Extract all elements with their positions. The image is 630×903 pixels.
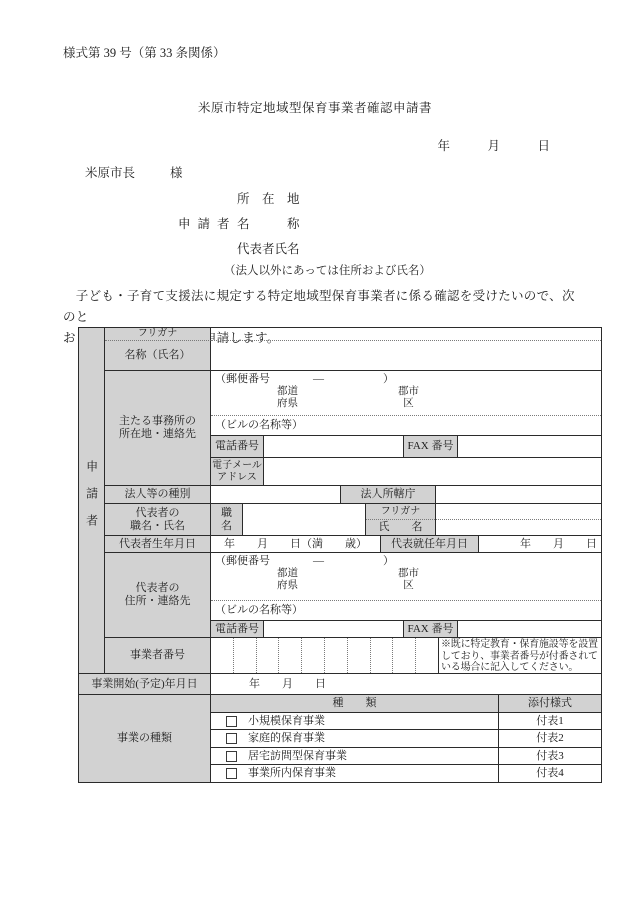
digit-box [279, 638, 302, 673]
rep-postal-address-field[interactable]: （郵便番号 ― ） 都道 府県 郡市 区 [211, 553, 601, 601]
office-postal-close: ） [383, 373, 394, 386]
rep-postal-open: （郵便番号 [215, 555, 270, 568]
type-label: 家庭的保育事業 [248, 732, 325, 745]
rep-title-name-label: 代表者の 職名・氏名 [105, 504, 211, 536]
office-fax-field[interactable] [458, 436, 601, 458]
rep-address-label: 代表者の 住所・連絡先 [105, 553, 211, 638]
business-number-note: ※既に特定教育・保育施設等を設置しており、事業者番号が付番されている場合に記入し… [439, 638, 601, 674]
digit-box [257, 638, 280, 673]
type-row-home-based[interactable]: 家庭的保育事業 [211, 730, 499, 748]
rep-name-sub-labels: フリガナ 氏 名 [366, 504, 436, 536]
checkbox-small-scale-icon[interactable] [226, 716, 237, 727]
application-form-page: 様式第 39 号（第 33 条関係） 米原市特定地域型保育事業者確認申請書 年 … [0, 0, 630, 903]
office-email-field[interactable] [264, 458, 601, 486]
corp-type-field[interactable] [211, 486, 341, 504]
start-date-label: 事業開始(予定)年月日 [79, 674, 211, 695]
digit-box [416, 638, 438, 673]
attachment-cell: 付表4 [499, 765, 601, 782]
business-number-input[interactable] [211, 638, 439, 674]
applicant-column-header: 申請者 [79, 328, 105, 674]
applicant-name-label: 名 称 [237, 217, 300, 232]
applicant-rep-name-label: 代表者氏名 [237, 242, 300, 257]
checkbox-workplace-icon[interactable] [226, 768, 237, 779]
type-row-small-scale[interactable]: 小規模保育事業 [211, 713, 499, 730]
office-postal-dash: ― [313, 373, 324, 386]
furigana-row-label: フリガナ [105, 328, 211, 341]
corp-authority-field[interactable] [436, 486, 601, 504]
business-type-section-label: 事業の種類 [79, 695, 211, 782]
office-address-label: 主たる事務所の 所在地・連絡先 [105, 371, 211, 486]
type-label: 居宅訪問型保育事業 [248, 750, 347, 763]
digit-box [234, 638, 257, 673]
checkbox-home-based-icon[interactable] [226, 733, 237, 744]
addressee: 米原市長 [85, 166, 135, 181]
rep-postal-close: ） [383, 555, 394, 568]
applicant-column-text: 申請者 [84, 460, 98, 541]
appointment-date-label: 代表就任年月日 [381, 536, 479, 553]
business-number-label: 事業者番号 [105, 638, 211, 674]
furigana-field[interactable] [211, 328, 601, 341]
rep-furigana-label: フリガナ [366, 504, 435, 520]
applicant-label: 申請者 [178, 217, 237, 232]
office-postal-open: （郵便番号 [215, 373, 270, 386]
job-title-label: 職 名 [211, 504, 243, 536]
rep-tel-field[interactable] [264, 621, 404, 638]
office-prefecture-label: 都道 府県 [277, 386, 298, 409]
type-column-header: 種 類 [211, 695, 499, 713]
rep-building-field[interactable]: （ビルの名称等） [211, 601, 601, 621]
name-row-label: 名称（氏名） [105, 341, 211, 371]
rep-fax-label: FAX 番号 [404, 621, 458, 638]
rep-birthdate-label: 代表者生年月日 [105, 536, 211, 553]
job-title-field[interactable] [243, 504, 366, 536]
office-postal-address-field[interactable]: （郵便番号 ― ） 都道 府県 郡市 区 [211, 371, 601, 416]
applicant-address-label: 所 在 地 [237, 192, 300, 207]
attachment-cell: 付表3 [499, 748, 601, 765]
office-fax-label: FAX 番号 [404, 436, 458, 458]
office-tel-label: 電話番号 [211, 436, 264, 458]
office-building-field[interactable]: （ビルの名称等） [211, 416, 601, 436]
office-tel-field[interactable] [264, 436, 404, 458]
office-city-label: 郡市 区 [398, 386, 419, 409]
name-field[interactable] [211, 341, 601, 371]
digit-box [325, 638, 348, 673]
rep-prefecture-label: 都道 府県 [277, 568, 298, 591]
attachment-column-header: 添付様式 [499, 695, 601, 713]
type-label: 小規模保育事業 [248, 715, 325, 728]
rep-name-divider [436, 519, 601, 520]
date-line[interactable]: 年 月 日 [437, 139, 550, 154]
rep-birthdate-field[interactable]: 年 月 日（満 歳） [211, 536, 381, 553]
checkbox-home-visit-icon[interactable] [226, 751, 237, 762]
corp-authority-label: 法人所轄庁 [341, 486, 436, 504]
non-corporate-note: （法人以外にあっては住所および氏名） [224, 265, 431, 279]
rep-name-field[interactable] [436, 504, 601, 536]
form-number: 様式第 39 号（第 33 条関係） [63, 46, 226, 61]
rep-city-label: 郡市 区 [398, 568, 419, 591]
addressee-honorific: 様 [170, 166, 183, 181]
rep-fax-field[interactable] [458, 621, 601, 638]
application-form-table: 申請者 フリガナ 名称（氏名） 主たる事務所の 所在地・連絡先 法人等の種別 代… [78, 327, 602, 783]
page-title: 米原市特定地域型保育事業者確認申請書 [0, 98, 630, 116]
rep-tel-label: 電話番号 [211, 621, 264, 638]
attachment-cell: 付表1 [499, 713, 601, 730]
appointment-date-field[interactable]: 年 月 日 [479, 536, 601, 553]
digit-box [393, 638, 416, 673]
type-row-workplace[interactable]: 事業所内保育事業 [211, 765, 499, 782]
attachment-cell: 付表2 [499, 730, 601, 748]
type-label: 事業所内保育事業 [248, 767, 336, 780]
office-email-label: 電子メール アドレス [211, 458, 264, 486]
digit-box [348, 638, 371, 673]
rep-postal-dash: ― [313, 555, 324, 568]
type-row-home-visit[interactable]: 居宅訪問型保育事業 [211, 748, 499, 765]
rep-shimei-label: 氏 名 [366, 520, 435, 535]
digit-box [371, 638, 394, 673]
digit-box [302, 638, 325, 673]
start-date-field[interactable]: 年 月 日 [211, 674, 601, 695]
corp-type-label: 法人等の種別 [105, 486, 211, 504]
digit-box [211, 638, 234, 673]
